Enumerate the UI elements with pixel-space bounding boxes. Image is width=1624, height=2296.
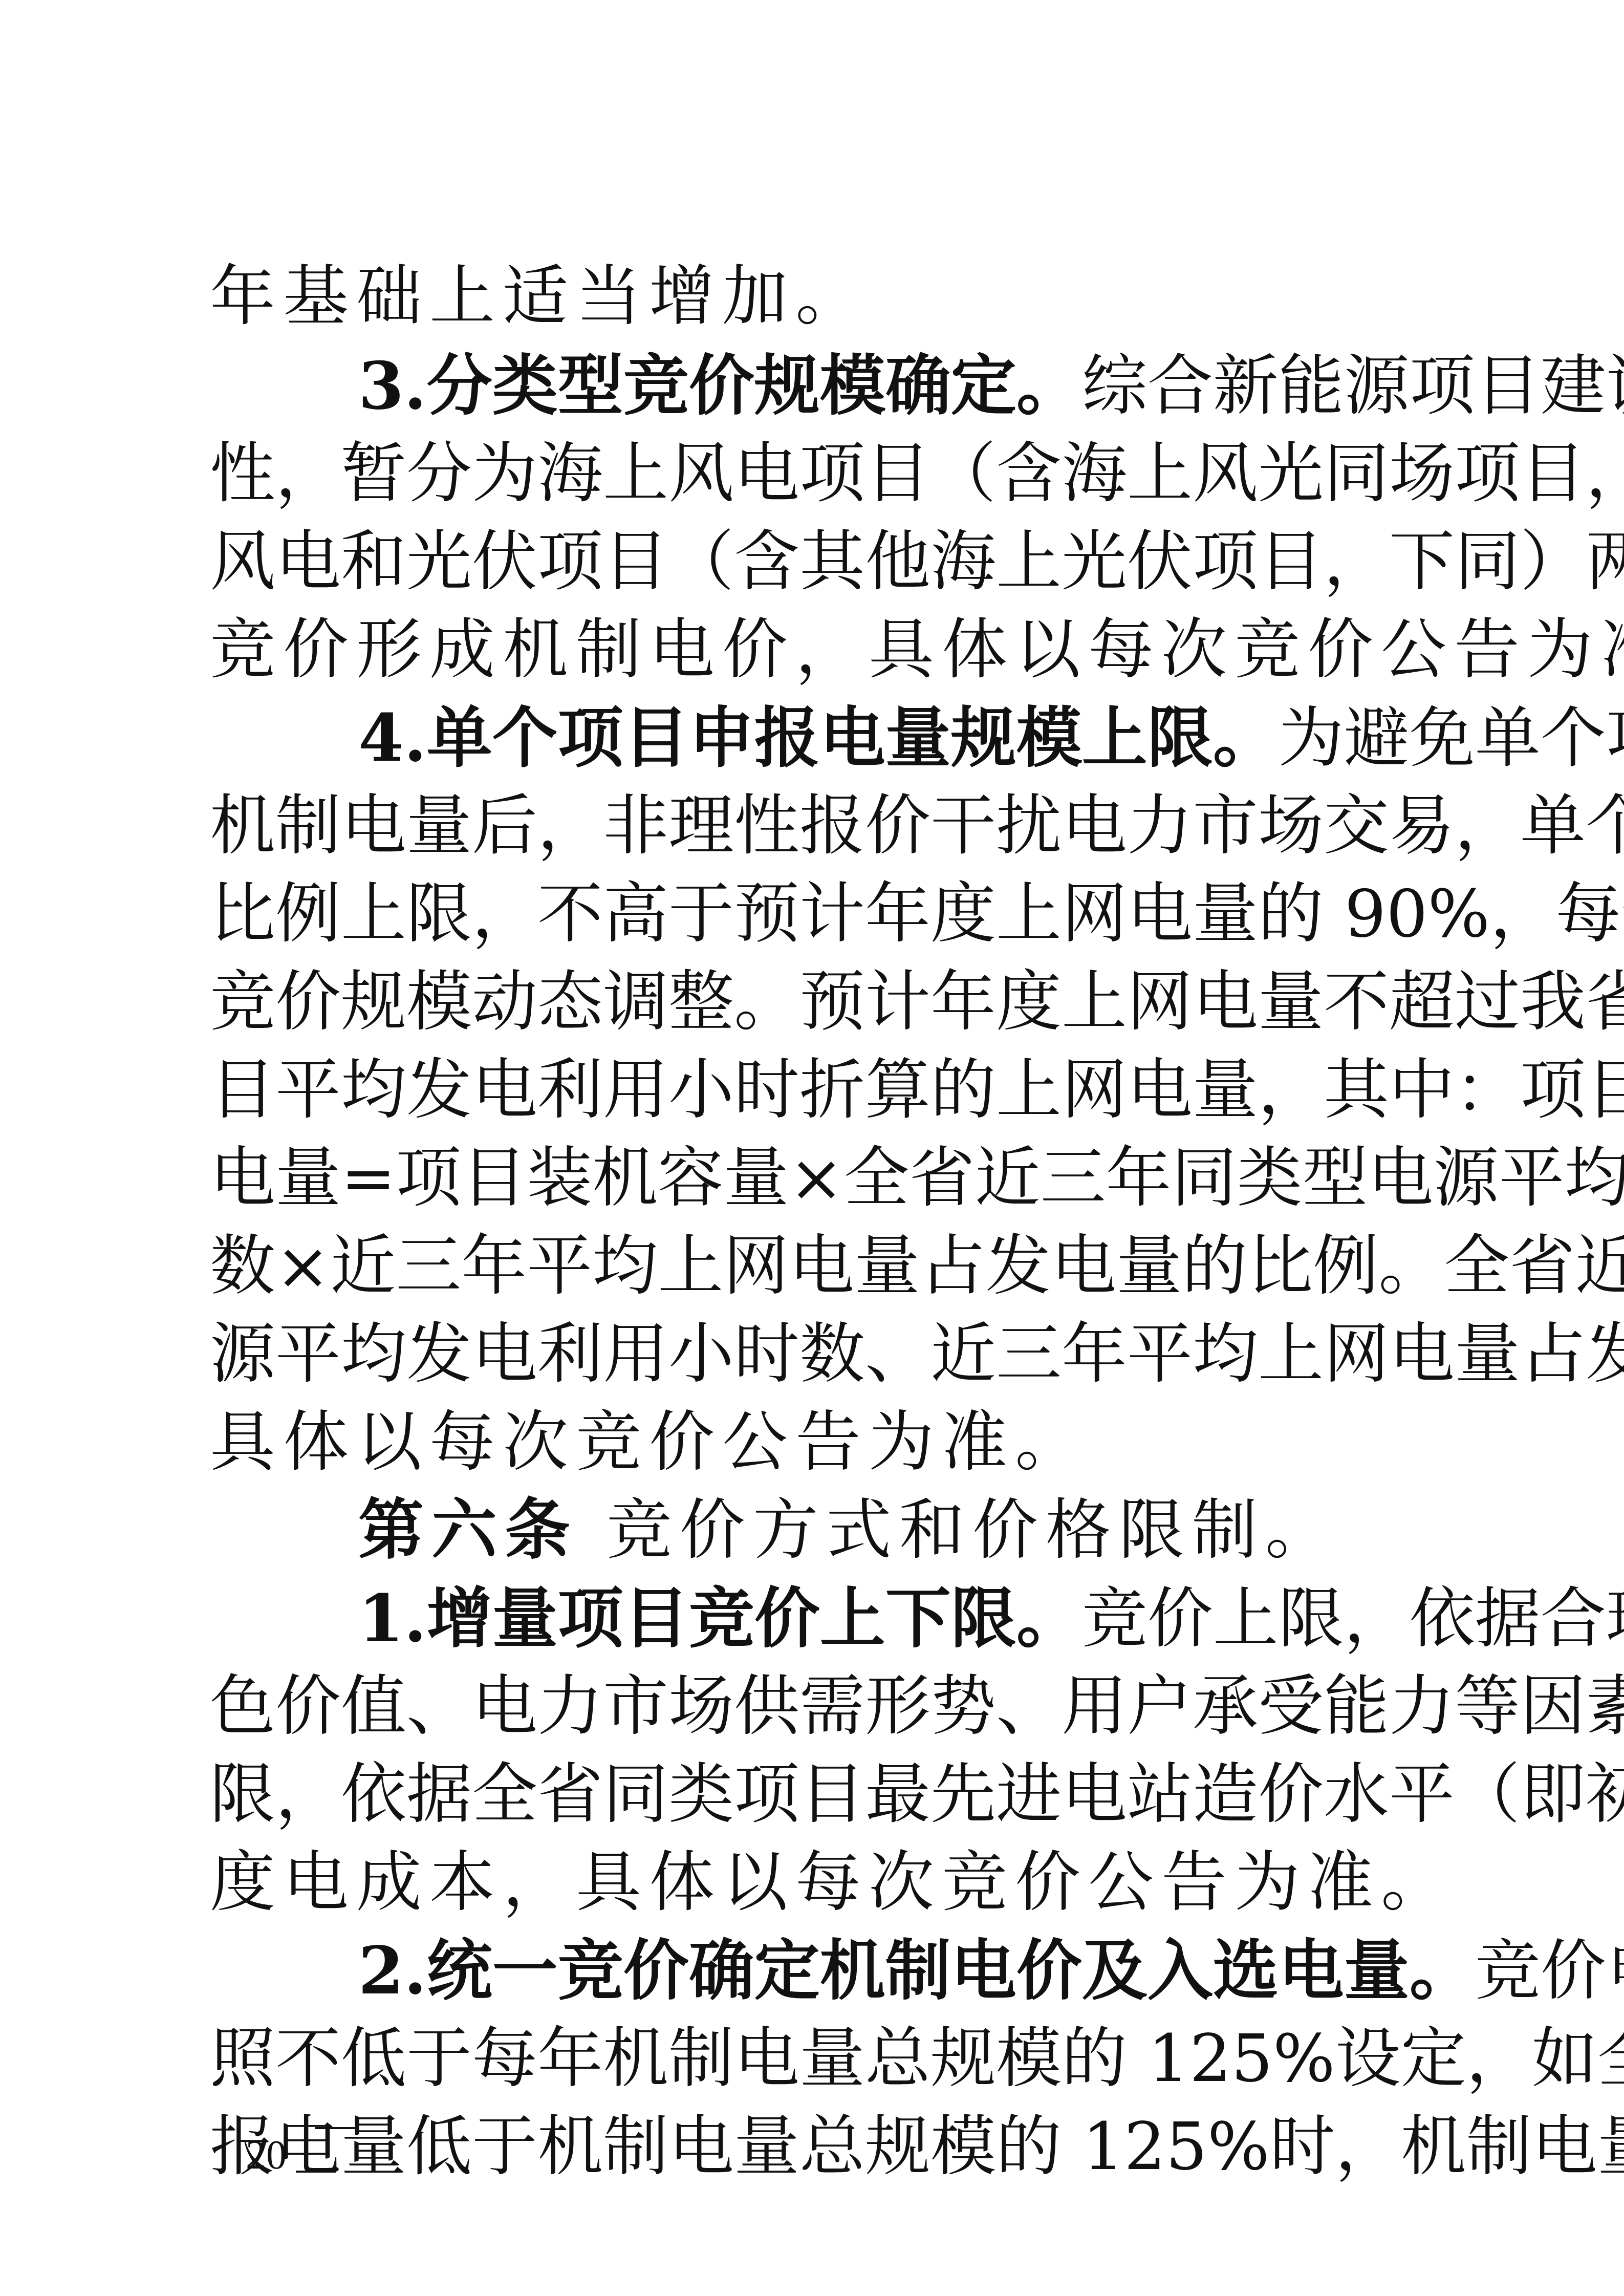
paragraph-line: 4.单个项目申报电量规模上限。为避免单个项目全电量入围	[210, 694, 1423, 782]
paragraph-line: 目平均发电利用小时折算的上网电量，其中：项目预计年度上网	[210, 1046, 1423, 1134]
text-run: 为避免单个项目全电量入围	[1279, 700, 1624, 777]
paragraph-line: 性，暂分为海上风电项目（含海上风光同场项目，下同）、其他	[210, 430, 1423, 518]
paragraph-line: 数×近三年平均上网电量占发电量的比例。全省近三年同类型电	[210, 1222, 1423, 1311]
page-number: 20	[246, 2132, 287, 2178]
text-run: 竞价形成机制电价，具体以每次竞价公告为准。	[210, 612, 1624, 688]
paragraph-line: 竞价形成机制电价，具体以每次竞价公告为准。	[210, 606, 1423, 694]
text-run: 风电和光伏项目（含其他海上光伏项目，下同）两类，分别通过	[210, 524, 1624, 600]
article-heading-line: 第六条 竞价方式和价格限制。	[210, 1487, 1423, 1575]
article-heading: 第六条	[358, 1492, 578, 1569]
text-run: 目平均发电利用小时折算的上网电量，其中：项目预计年度上网	[210, 1052, 1624, 1128]
paragraph-line: 电量=项目装机容量×全省近三年同类型电源平均发电利用小时	[210, 1134, 1423, 1222]
text-run: 竞价上限，依据合理成本收益、绿	[1082, 1581, 1624, 1657]
paragraph-line: 照不低于每年机制电量总规模的 125%设定，如全部竞价项目申	[210, 2015, 1423, 2103]
item-lead-1: 1.增量项目竞价上下限。	[358, 1580, 1082, 1657]
text-run: 源平均发电利用小时数、近三年平均上网电量占发电量的比例，	[210, 1316, 1624, 1392]
page-number-text: 20	[246, 2133, 287, 2178]
item-lead-2: 2.统一竞价确定机制电价及入选电量。	[358, 1933, 1475, 2009]
paragraph-line: 机制电量后，非理性报价干扰电力市场交易，单个项目申报电量	[210, 782, 1423, 870]
text-run: 机制电量后，非理性报价干扰电力市场交易，单个项目申报电量	[210, 788, 1624, 864]
item-lead-3: 3.分类型竞价规模确定。	[358, 348, 1082, 424]
paragraph-line: 年基础上适当增加。	[210, 253, 1423, 341]
text-run: 照不低于每年机制电量总规模的 125%设定，如全部竞价项目申	[210, 2021, 1624, 2097]
text-run: 年基础上适当增加。	[210, 259, 869, 335]
footer-dash-top	[315, 2127, 355, 2129]
text-run: 色价值、电力市场供需形势、用户承受能力等因素确定；竞价下	[210, 1668, 1624, 1745]
text-run: 电量=项目装机容量×全省近三年同类型电源平均发电利用小时	[210, 1140, 1624, 1216]
text-run: 竞价申报电量规模按	[1475, 1933, 1624, 2009]
text-run: 比例上限，不高于预计年度上网电量的 90%，每年结合机制电量	[210, 876, 1624, 952]
text-run: 性，暂分为海上风电项目（含海上风光同场项目，下同）、其他	[210, 436, 1624, 512]
text-run: 具体以每次竞价公告为准。	[210, 1404, 1088, 1480]
text-run: 竞价方式和价格限制。	[607, 1492, 1338, 1569]
paragraph-line: 3.分类型竞价规模确定。综合新能源项目建设成本和运行特	[210, 342, 1423, 430]
text-run: 报电量低于机制电量总规模的 125%时，机制电量总规模相应缩	[210, 2109, 1624, 2185]
text-run: 度电成本，具体以每次竞价公告为准。	[210, 1844, 1454, 1921]
document-page: 年基础上适当增加。 3.分类型竞价规模确定。综合新能源项目建设成本和运行特 性，…	[0, 0, 1624, 2296]
text-run: 限，依据全省同类项目最先进电站造价水平（即初始投资）折算	[210, 1756, 1624, 1833]
paragraph-line: 风电和光伏项目（含其他海上光伏项目，下同）两类，分别通过	[210, 518, 1423, 606]
paragraph-line: 报电量低于机制电量总规模的 125%时，机制电量总规模相应缩	[210, 2103, 1423, 2191]
text-run: 综合新能源项目建设成本和运行特	[1082, 348, 1624, 424]
paragraph-line: 度电成本，具体以每次竞价公告为准。	[210, 1839, 1423, 1927]
paragraph-line: 限，依据全省同类项目最先进电站造价水平（即初始投资）折算	[210, 1751, 1423, 1839]
paragraph-line: 1.增量项目竞价上下限。竞价上限，依据合理成本收益、绿	[210, 1575, 1423, 1663]
text-run: 竞价规模动态调整。预计年度上网电量不超过我省近三年同类项	[210, 964, 1624, 1040]
paragraph-line: 竞价规模动态调整。预计年度上网电量不超过我省近三年同类项	[210, 958, 1423, 1046]
item-lead-4: 4.单个项目申报电量规模上限。	[358, 700, 1279, 777]
text-run: 数×近三年平均上网电量占发电量的比例。全省近三年同类型电	[210, 1228, 1624, 1304]
paragraph-line: 具体以每次竞价公告为准。	[210, 1399, 1423, 1487]
paragraph-line: 色价值、电力市场供需形势、用户承受能力等因素确定；竞价下	[210, 1663, 1423, 1751]
paragraph-line: 比例上限，不高于预计年度上网电量的 90%，每年结合机制电量	[210, 870, 1423, 958]
footer-dash-bottom	[296, 2171, 336, 2173]
paragraph-line: 2.统一竞价确定机制电价及入选电量。竞价申报电量规模按	[210, 1927, 1423, 2015]
paragraph-line: 源平均发电利用小时数、近三年平均上网电量占发电量的比例，	[210, 1311, 1423, 1399]
